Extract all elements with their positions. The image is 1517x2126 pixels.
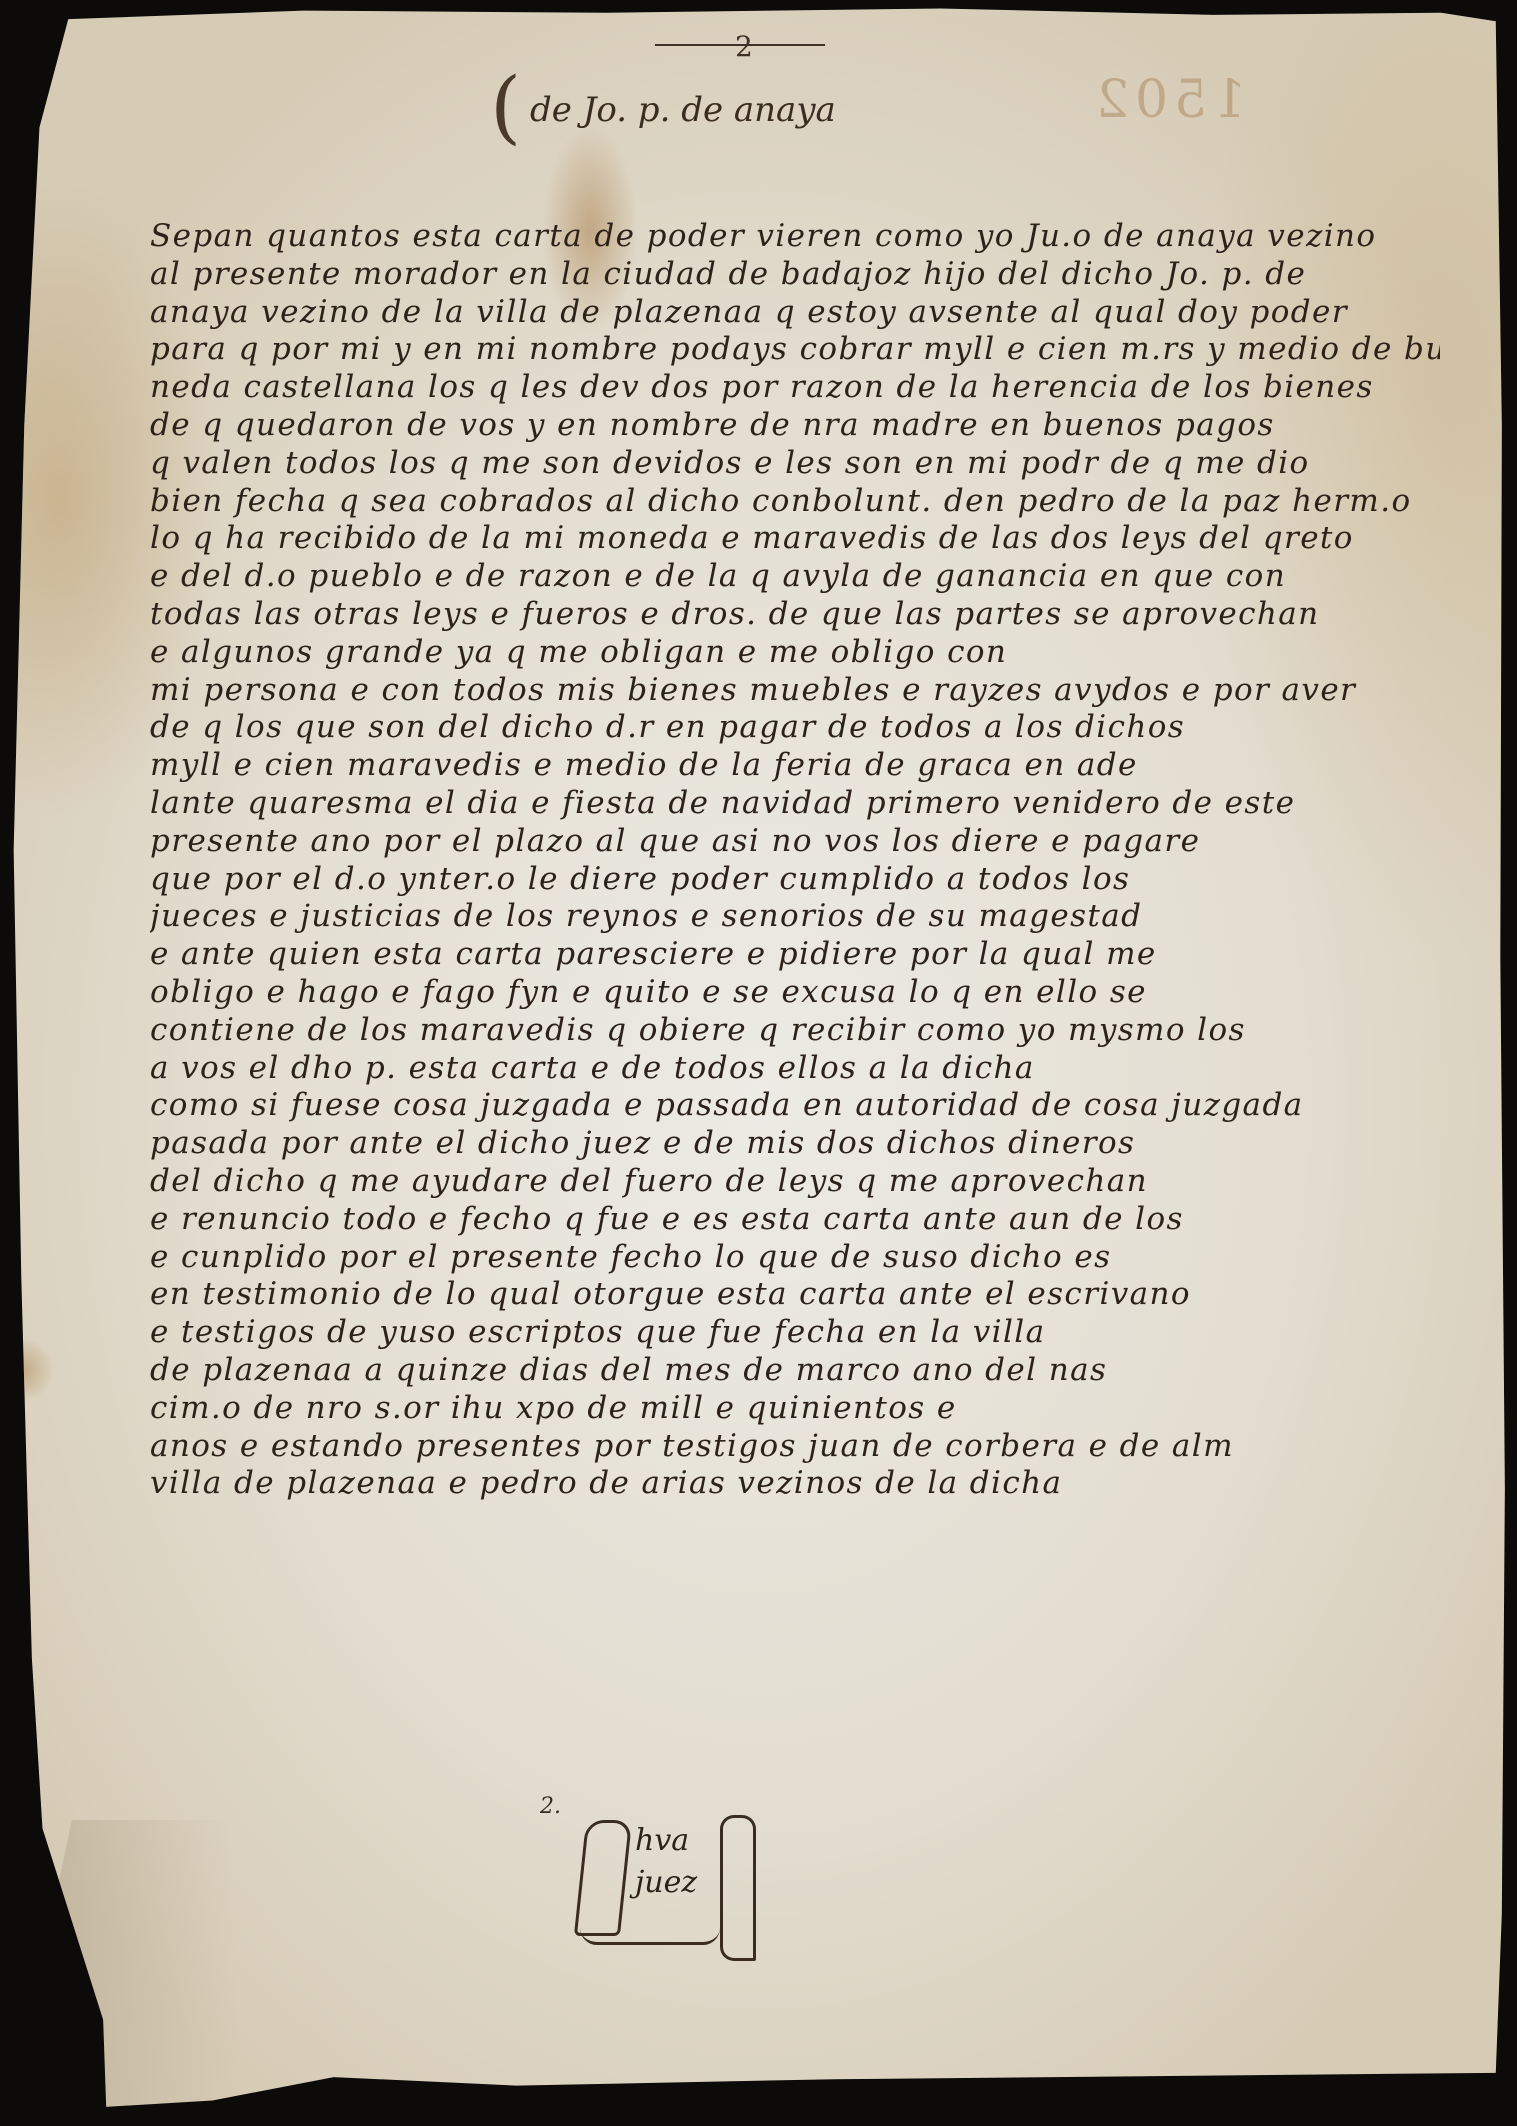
signature-line-2: juez <box>635 1862 697 1904</box>
text-line: todas las otras leys e fueros e dros. de… <box>150 596 1440 634</box>
text-line: del dicho q me ayudare del fuero de leys… <box>150 1163 1440 1201</box>
text-line: lo q ha recibido de la mi moneda e marav… <box>150 520 1440 558</box>
text-line: e del d.o pueblo e de razon e de la q av… <box>150 558 1440 596</box>
text-line: villa de plazenaa e pedro de arias vezin… <box>150 1465 1440 1503</box>
rubric-left-icon <box>574 1820 632 1936</box>
rubric-right-icon <box>720 1815 756 1961</box>
top-mark: 2 <box>735 30 753 63</box>
text-line: que por el d.o ynter.o le diere poder cu… <box>150 861 1440 899</box>
text-line: pasada por ante el dicho juez e de mis d… <box>150 1125 1440 1163</box>
text-line: contiene de los maravedis q obiere q rec… <box>150 1012 1440 1050</box>
text-line: myll e cien maravedis e medio de la feri… <box>150 747 1440 785</box>
text-line: Sepan quantos esta carta de poder vieren… <box>150 218 1440 256</box>
text-line: al presente morador en la ciudad de bada… <box>150 256 1440 294</box>
text-line: obligo e hago e fago fyn e quito e se ex… <box>150 974 1440 1012</box>
text-line: e algunos grande ya q me obligan e me ob… <box>150 634 1440 672</box>
text-line: presente ano por el plazo al que asi no … <box>150 823 1440 861</box>
text-line: e ante quien esta carta paresciere e pid… <box>150 936 1440 974</box>
text-line: para q por mi y en mi nombre podays cobr… <box>150 331 1440 369</box>
text-line: e testigos de yuso escriptos que fue fec… <box>150 1314 1440 1352</box>
text-line: de q quedaron de vos y en nombre de nra … <box>150 407 1440 445</box>
text-line: e renuncio todo e fecho q fue e es esta … <box>150 1201 1440 1239</box>
text-line: jueces e justicias de los reynos e senor… <box>150 898 1440 936</box>
heading-bracket: ( <box>490 60 521 153</box>
signature-block: hva juez <box>570 1800 780 1950</box>
text-line: a vos el dho p. esta carta e de todos el… <box>150 1050 1440 1088</box>
text-line: q valen todos los q me son devidos e les… <box>150 445 1440 483</box>
text-line: anaya vezino de la villa de plazenaa q e… <box>150 294 1440 332</box>
text-line: en testimonio de lo qual otorgue esta ca… <box>150 1276 1440 1314</box>
text-line: de plazenaa a quinze dias del mes de mar… <box>150 1352 1440 1390</box>
document-heading: de Jo. p. de anaya <box>530 90 836 130</box>
signature-line-1: hva <box>635 1820 697 1862</box>
signature-prefix: 2. <box>540 1794 561 1819</box>
text-line: de q los que son del dicho d.r en pagar … <box>150 709 1440 747</box>
text-line: neda castellana los q les dev dos por ra… <box>150 369 1440 407</box>
text-line: lante quaresma el dia e fiesta de navida… <box>150 785 1440 823</box>
text-line: bien fecha q sea cobrados al dicho conbo… <box>150 483 1440 521</box>
text-line: cim.o de nro s.or ihu xpo de mill e quin… <box>150 1390 1440 1428</box>
manuscript-body: Sepan quantos esta carta de poder vieren… <box>150 218 1440 1503</box>
text-line: mi persona e con todos mis bienes mueble… <box>150 672 1440 710</box>
manuscript-leaf: 1502 2 ( de Jo. p. de anaya Sepan quanto… <box>0 0 1517 2126</box>
text-line: e cunplido por el presente fecho lo que … <box>150 1239 1440 1277</box>
signature-flourish-icon <box>580 1928 720 1945</box>
bleed-through-mark: 1502 <box>1090 70 1246 130</box>
folded-corner <box>8 1820 332 2120</box>
signature-text: hva juez <box>635 1820 697 1904</box>
text-line: como si fuese cosa juzgada e passada en … <box>150 1087 1440 1125</box>
text-line: anos e estando presentes por testigos ju… <box>150 1428 1440 1466</box>
